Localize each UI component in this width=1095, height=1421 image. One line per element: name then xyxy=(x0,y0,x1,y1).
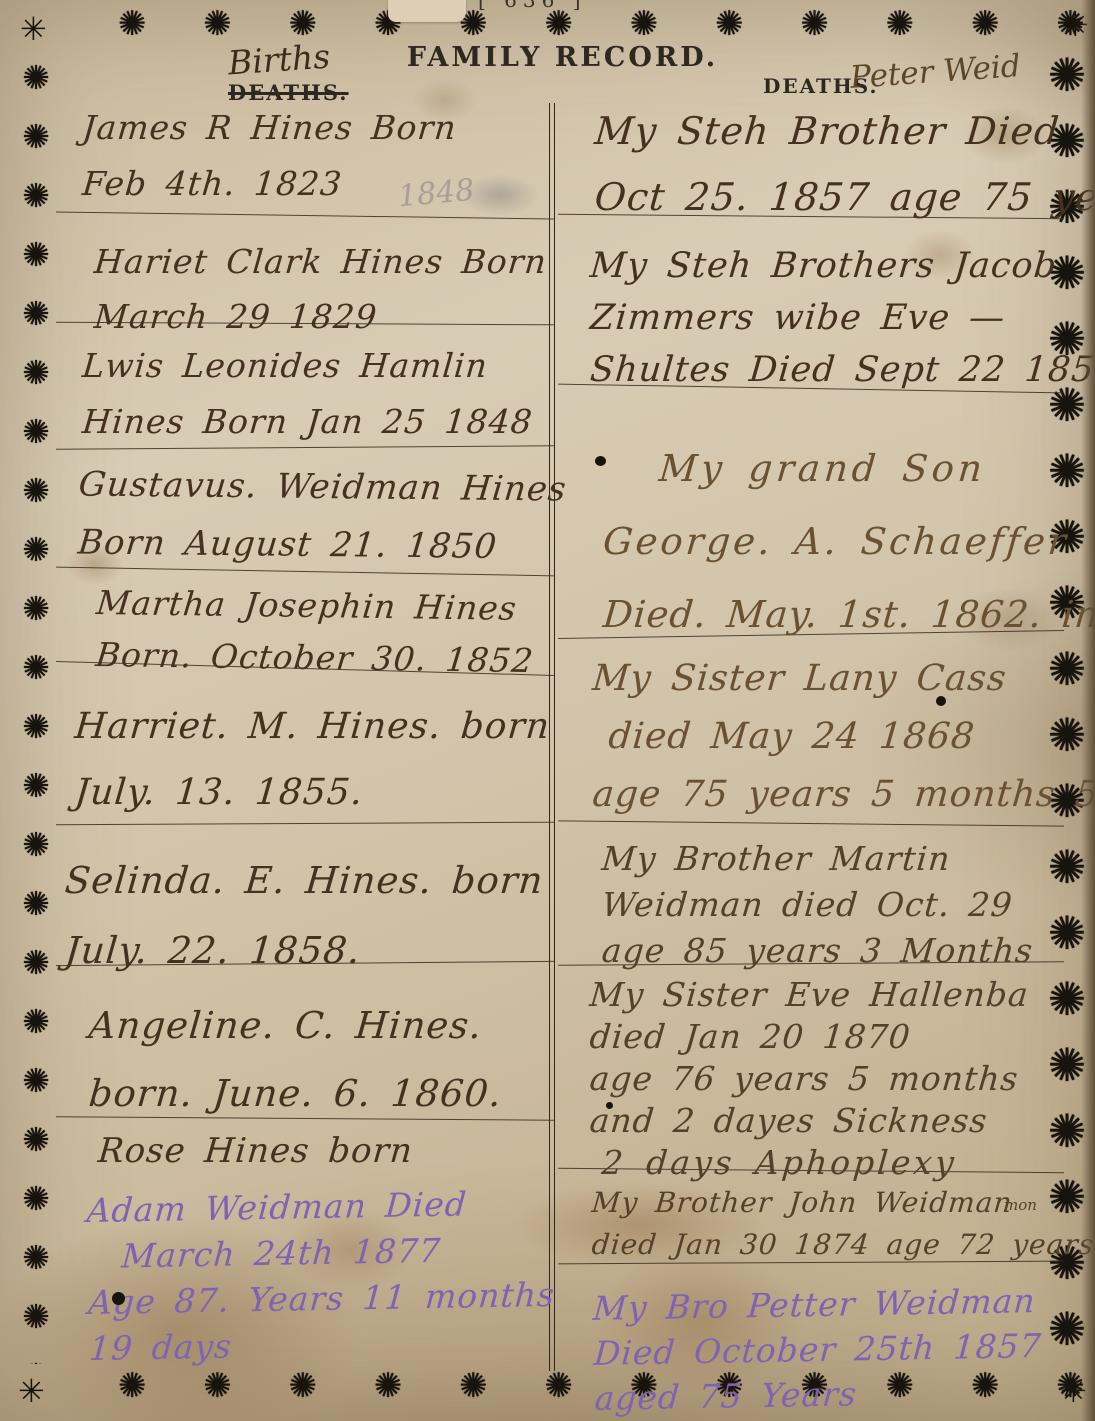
ink-blot xyxy=(595,456,606,466)
family-record-page: ✺ ✺ ✺ ✺ ✺ ✺ ✺ ✺ ✺ ✺ ✺ ✺ ✺ ✺ ✺ ✺ ✺ ✺ ✺ ✺ … xyxy=(0,0,1095,1421)
entry-line: James R Hines Born xyxy=(80,100,459,156)
entry-line: July. 22. 1858. xyxy=(62,916,546,986)
entry-line: March 29 1829 xyxy=(92,289,549,344)
entry-line: age 76 years 5 months xyxy=(588,1058,1031,1100)
entry-line: died May 24 1868 xyxy=(590,708,1095,766)
entry-line: Gustavus. Weidman Hines xyxy=(76,456,569,519)
ink-blot xyxy=(606,1102,613,1109)
entry-line: Shultes Died Sept 22 1859 xyxy=(588,344,1095,396)
entry-line: age 75 years 5 months 5 d xyxy=(590,766,1095,824)
entry-line: died Jan 30 1874 age 72 years 7, 2 xyxy=(590,1224,1095,1266)
superscript-note: mon xyxy=(1004,1196,1037,1214)
entry-line: My Steh Brothers Jacob xyxy=(588,240,1095,292)
entry-line: Rose Hines born xyxy=(96,1126,415,1176)
entry-line: Born August 21. 1850 xyxy=(75,513,568,576)
entry-line: Feb 4th. 1823 xyxy=(80,156,459,212)
entry-line: aged 75 Years xyxy=(593,1368,1044,1421)
entry-line: My grand Son xyxy=(600,432,1095,505)
torn-paper-patch xyxy=(388,0,466,22)
entry-line: Died. May. 1st. 1862. in the xyxy=(600,578,1095,651)
entry-line: age 85 years 3 Months xyxy=(600,928,1035,974)
birth-entry: Gustavus. Weidman Hines Born August 21. … xyxy=(75,455,564,576)
entry-line: My Brother Martin xyxy=(600,836,1035,882)
entry-line: Oct 25. 1857 age 75 year xyxy=(592,164,1095,230)
death-entry: My Sister Eve Hallenba died Jan 20 1870 … xyxy=(588,974,1027,1184)
page-edge-shadow xyxy=(1081,0,1095,1421)
entry-line: Died October 25th 1857 xyxy=(592,1323,1043,1376)
ornamental-border-left: ✺ ✺ ✺ ✺ ✺ ✺ ✺ ✺ ✺ ✺ ✺ ✺ ✺ ✺ ✺ ✺ ✺ ✺ ✺ ✺ … xyxy=(12,48,60,1364)
birth-entry: Angeline. C. Hines. born. June. 6. 1860. xyxy=(86,992,499,1128)
birth-entry: James R Hines Born Feb 4th. 1823 xyxy=(80,100,454,212)
entry-line: My Sister Eve Hallenba xyxy=(588,974,1031,1016)
entry-line: Harriet. M. Hines. born xyxy=(72,694,553,760)
entry-line: Martha Josephin Hines xyxy=(94,577,537,635)
death-entry: My Brother John Weidman died Jan 30 1874… xyxy=(590,1182,1095,1266)
birth-entry: Martha Josephin Hines Born. October 30. … xyxy=(93,577,532,687)
entry-line: Lwis Leonides Hamlin xyxy=(80,338,535,394)
entry-line: March 24th 1877 xyxy=(86,1226,556,1280)
corner-star-icon: ✳ xyxy=(18,1372,45,1410)
birth-entry: Harriet. M. Hines. born July. 13. 1855. xyxy=(72,694,547,826)
birth-entry: Hariet Clark Hines Born March 29 1829 xyxy=(92,234,545,344)
entry-line: and 2 dayes Sickness xyxy=(588,1100,1031,1142)
entry-line: died Jan 20 1870 xyxy=(588,1016,1031,1058)
ink-blot xyxy=(936,696,946,706)
entry-line: George. A. Schaeffer xyxy=(600,505,1095,578)
entry-line: Adam Weidman Died xyxy=(85,1180,555,1234)
entry-line: Weidman died Oct. 29 xyxy=(600,882,1035,928)
entry-line: Hines Born Jan 25 1848 xyxy=(80,394,535,450)
entry-line: Zimmers wibe Eve — xyxy=(588,292,1095,344)
death-entry: My Steh Brothers Jacob Zimmers wibe Eve … xyxy=(588,240,1095,396)
corner-star-icon: ✳ xyxy=(20,10,47,48)
birth-entry: Lwis Leonides Hamlin Hines Born Jan 25 1… xyxy=(80,338,530,450)
entry-line: My Steh Brother Died xyxy=(592,98,1095,164)
entry-line: Selinda. E. Hines. born xyxy=(62,846,546,916)
entry-line: Angeline. C. Hines. xyxy=(86,992,505,1060)
births-heading-handwritten: Births xyxy=(227,36,332,82)
death-entry: My Brother Martin Weidman died Oct. 29 a… xyxy=(600,836,1031,974)
entry-line: 19 days xyxy=(88,1318,558,1372)
entry-line: Hariet Clark Hines Born xyxy=(92,234,549,289)
death-entry: My grand Son George. A. Schaeffer Died. … xyxy=(600,432,1095,651)
entry-line: July. 13. 1855. xyxy=(72,760,553,826)
death-entry-purple-ink: My Bro Petter Weidman Died October 25th … xyxy=(591,1278,1041,1421)
death-entry: My Sister Lany Cass died May 24 1868 age… xyxy=(590,650,1095,824)
entry-line: Born. October 30. 1852 xyxy=(93,629,536,687)
entry-line: 2 days Aphoplexy xyxy=(588,1142,1031,1184)
ink-blot xyxy=(112,1292,125,1305)
entry-line: My Sister Lany Cass xyxy=(590,650,1095,708)
birth-entry: Rose Hines born xyxy=(96,1126,411,1176)
birth-entry: Selinda. E. Hines. born July. 22. 1858. xyxy=(62,846,540,986)
entry-line: born. June. 6. 1860. xyxy=(86,1060,505,1128)
entry-line: My Bro Petter Weidman xyxy=(592,1278,1043,1331)
death-entry: My Steh Brother Died Oct 25. 1857 age 75… xyxy=(592,98,1095,230)
rule-line xyxy=(56,212,554,220)
entry-line: Age 87. Years 11 months xyxy=(87,1272,557,1326)
death-entry-purple-ink: Adam Weidman Died March 24th 1877 Age 87… xyxy=(84,1180,554,1372)
